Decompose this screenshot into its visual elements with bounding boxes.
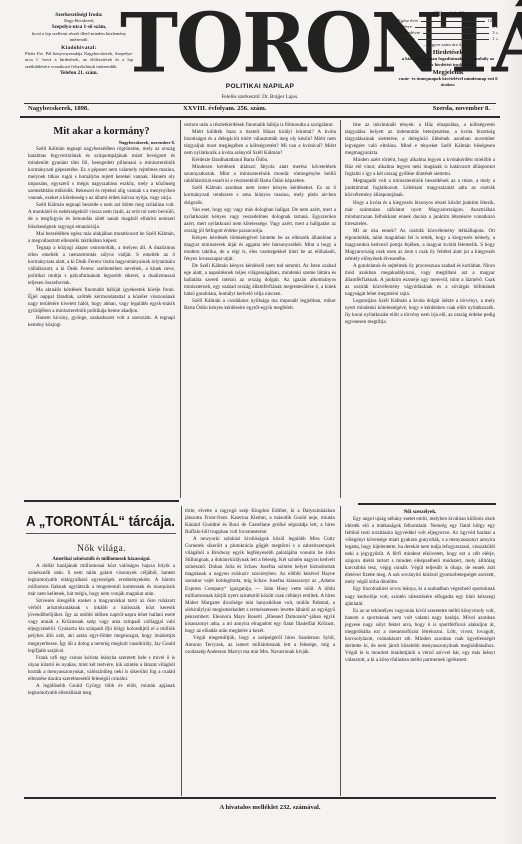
paragraph: De Széll Kálmán kényes kérdésről nem tud… xyxy=(184,263,336,298)
newspaper-logo: TORONTÁL xyxy=(120,10,398,77)
appears-text: vasár- és ünnepnapok kivételével mindenn… xyxy=(398,76,498,88)
dateline-place: Nagybecskerek, 1898. xyxy=(28,105,89,112)
section-rule xyxy=(24,500,179,502)
office-note: hová a lap szellemi részét illető minden… xyxy=(25,31,133,43)
paragraph: A legidősebb Gould György több év előtt,… xyxy=(28,683,175,697)
paragraph: Hogy a kvóta és a kiegyezés bizonyos rés… xyxy=(345,200,495,228)
paragraph: Mi az oka ennek? Az osztrák közvélemény … xyxy=(345,228,495,263)
paragraph: Ma aktuális kérdések finomabb hálóját ig… xyxy=(28,287,175,315)
paragraph: Szívesen ötesgélik ezeket a magyarokkal … xyxy=(28,598,175,654)
paragraph: A gondolatok és sejtelmek ily processzus… xyxy=(345,263,495,298)
ads-text: a kiadóhivatalban fogadtatnak el. Árszab… xyxy=(398,56,498,68)
tarca-col-3: Női szeszélyek. Egy angol ujság néhány e… xyxy=(345,508,495,793)
feuilleton-title: Nők világa. xyxy=(28,543,175,555)
dateline-date: Szerda, november 8. xyxy=(433,105,490,112)
rule xyxy=(26,533,176,534)
price-value: 1 » xyxy=(492,36,498,42)
tarca-col-1: Nők világa. Amerikai szinésznők és milli… xyxy=(28,536,175,798)
paragraph: Végül megemlítjük, hogy a szépségéről hí… xyxy=(185,635,335,656)
paragraph: Tegnap a közjogi alapot ostromolták, a m… xyxy=(28,245,175,287)
paragraph: Frank urfi egy csinos kórista leányba sz… xyxy=(28,655,175,683)
paragraph: Kényes kérdések tömkelegével hintette be… xyxy=(184,235,336,263)
paragraph: Mai beszédében egész más alakjában mutat… xyxy=(28,231,175,245)
paragraph: Ez az ur tekintélyes vagyonán kívül szer… xyxy=(345,608,495,664)
paragraph: törte, elvette a ragyogó szép Kingdon Ed… xyxy=(185,508,335,536)
paragraph: A dollár hazájának milliomosai közt való… xyxy=(28,563,175,598)
paragraph: Széll Kálmán a csodálatos nyiltsága ma i… xyxy=(184,298,336,312)
paragraph: ostrom után a részletkérdések finomabb h… xyxy=(184,122,336,129)
side-article-title: Női szeszélyek. xyxy=(345,508,495,516)
column-divider xyxy=(181,506,182,796)
section-rule xyxy=(358,503,496,505)
price-label: Egy hóra xyxy=(398,36,415,42)
bottom-rule xyxy=(24,797,496,799)
masthead: Szerkesztőségi Iroda: Nagy-Becskerek, Sz… xyxy=(20,4,498,104)
publisher-text: Pleitz Fer. Pál könyvnyomdája Nagybecske… xyxy=(25,51,133,70)
paragraph: Ime az inkriminált tények: a Ház elnapol… xyxy=(345,122,495,157)
paragraph: Legutoljára Széll Kálmán a kvóta dolgát … xyxy=(345,298,495,326)
paragraph: Széll Kálmán tegnapi beszéde s nem azt ü… xyxy=(28,202,175,230)
column-divider xyxy=(180,120,181,498)
rule xyxy=(20,116,500,118)
scan-edge-shading xyxy=(500,0,522,844)
single-copy-price: — Egyes szám ára 4 kr. — xyxy=(398,42,498,48)
paragraph: Széll Kálmán tegnapi nagybeszédben rögtö… xyxy=(28,146,175,202)
rule xyxy=(24,103,496,104)
paragraph: Minden azért történt, hogy alkalma legye… xyxy=(345,157,495,178)
subscription-box: Előfizetési díj: Egész évre12 kr. Félévr… xyxy=(398,12,498,88)
tarca-col-2: törte, elvette a ragyogó szép Kingdon Ed… xyxy=(185,508,335,798)
feuilleton-subtitle: Amerikai szinésznők és milliomosok házas… xyxy=(28,556,175,563)
paragraph: Hanem kicsiny, gyönge, szakadozott volt … xyxy=(28,315,175,329)
editor-line: Felelős szerkesztő: Dr. Brájjer Lajos. xyxy=(180,94,340,100)
newspaper-page: Szerkesztőségi Iroda: Nagy-Becskerek, Sz… xyxy=(0,0,522,844)
paragraph: A newyorki színházi kiválóságok közül le… xyxy=(185,536,335,635)
newspaper-subtitle: POLITIKAI NAPILAP xyxy=(180,83,340,90)
dateline-issue: XXVIII. évfolyam. 256. szám. xyxy=(183,105,266,112)
paragraph: Van eset, hogy egy vagy más dologban hal… xyxy=(184,207,336,235)
footer-note: A hivatalos melléklet 232. számával. xyxy=(190,804,350,811)
column-divider xyxy=(340,120,341,498)
lead-article-col-3: Ime az inkriminált tények: a Ház elnapol… xyxy=(345,122,495,497)
paragraph: Egy angol ujság néhány esetet említ, mel… xyxy=(345,516,495,586)
paragraph: Egy lincolnshirei orvos leánya, ki a sza… xyxy=(345,586,495,607)
column-divider xyxy=(340,506,341,796)
lead-article-col-2: ostrom után a részletkérdések finomabb h… xyxy=(184,122,336,497)
paragraph: Mindezen kérdések átlátszó fátyola alatt… xyxy=(184,164,336,185)
paragraph: Megragadó volt a miniszterelnök beszédén… xyxy=(345,178,495,199)
article-title: Mit akar a kormány? xyxy=(28,125,175,139)
dateline: Nagybecskerek, 1898. XXVIII. évfolyam. 2… xyxy=(28,105,490,115)
lead-article-col-1: Mit akar a kormány? Nagybecskerek, novem… xyxy=(28,122,175,497)
phone: Telefon 21. szám. xyxy=(25,70,133,76)
tarca-section-title: A „TORONTÁL“ tárcája. xyxy=(26,513,149,531)
editorial-office-box: Szerkesztőségi Iroda: Nagy-Becskerek, Sz… xyxy=(25,12,133,76)
paragraph: Széll Kálmán azonban nem ismer kényes ké… xyxy=(184,185,336,206)
paragraph: Miért küldték haza a tisztelt Házat kirá… xyxy=(184,129,336,157)
